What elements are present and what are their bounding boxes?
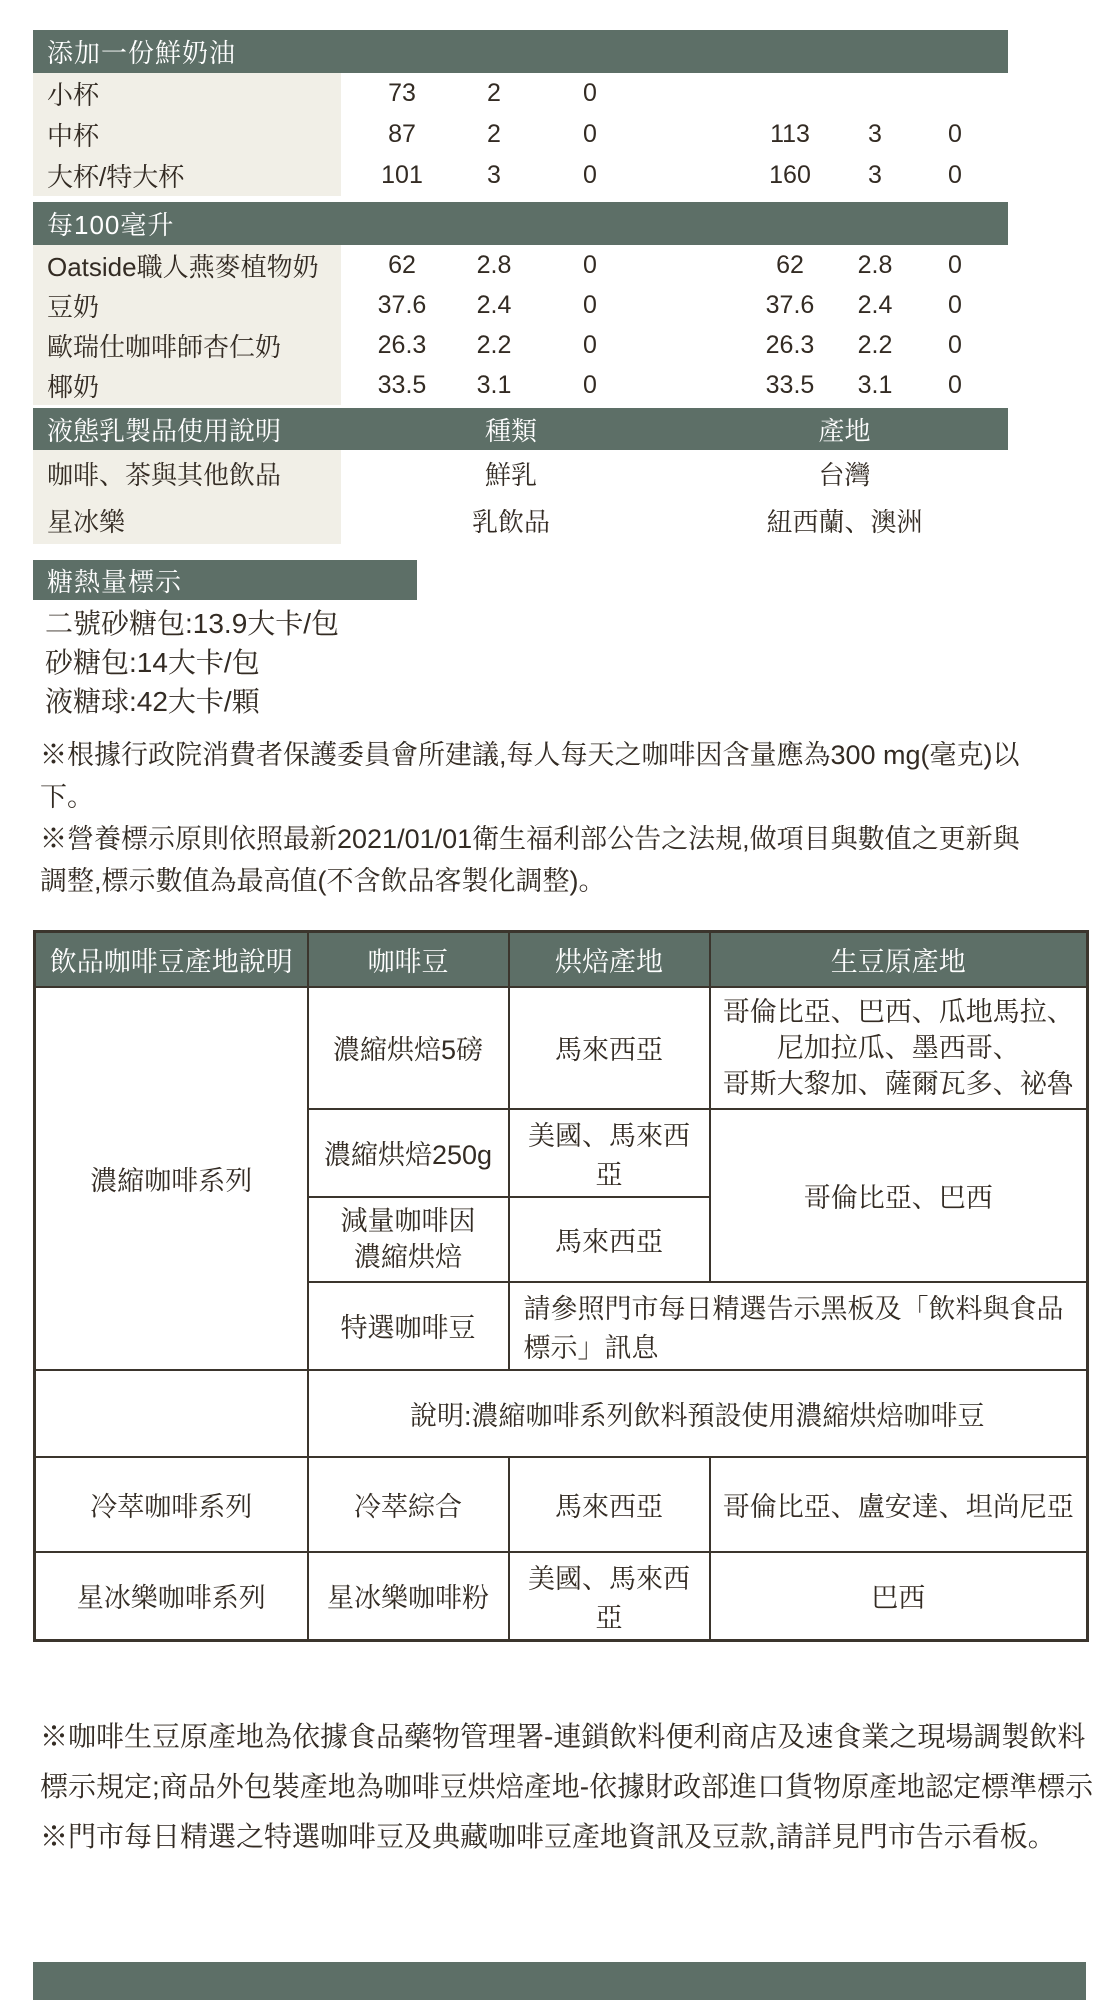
value-cell: 62 xyxy=(730,251,850,280)
bean-cell: 減量咖啡因 濃縮烘焙 xyxy=(308,1197,509,1282)
value-cell: 101 xyxy=(341,161,463,190)
value-cell: 0 xyxy=(900,161,1010,190)
value-cell: 0 xyxy=(900,291,1010,320)
coffee-bean-origin-table: 飲品咖啡豆產地說明 咖啡豆 烘焙產地 生豆原產地 濃縮咖啡系列 濃縮烘焙5磅 馬… xyxy=(33,930,1089,1642)
row-label: 星冰樂 xyxy=(33,497,341,544)
value-cell: 2 xyxy=(463,120,525,149)
section-title: 液態乳製品使用說明 xyxy=(33,411,341,448)
value-cell: 26.3 xyxy=(730,331,850,360)
table-row: 星冰樂 乳飲品 紐西蘭、澳洲 xyxy=(33,497,1008,544)
value-cell: 0 xyxy=(525,291,655,320)
value-cell: 26.3 xyxy=(341,331,463,360)
value-cell: 0 xyxy=(900,331,1010,360)
value-cell: 62 xyxy=(341,251,463,280)
bottom-section-bar xyxy=(33,1962,1086,2000)
roast-cell: 馬來西亞 xyxy=(509,1457,710,1552)
bean-cell: 濃縮烘焙5磅 xyxy=(308,987,509,1109)
value-cell: 87 xyxy=(341,120,463,149)
value-cell: 0 xyxy=(525,251,655,280)
row-label: 咖啡、茶與其他飲品 xyxy=(33,450,341,497)
empty-cell xyxy=(35,1370,308,1457)
header-green-origin: 生豆原產地 xyxy=(710,932,1088,987)
sugar-calorie-list: 二號砂糖包:13.9大卡/包 砂糖包:14大卡/包 液糖球:42大卡/顆 xyxy=(45,604,339,721)
caffeine-note: ※根據行政院消費者保護委員會所建議,每人每天之咖啡因含量應為300 mg(毫克)… xyxy=(40,734,1045,818)
value-cell: 0 xyxy=(900,251,1010,280)
bean-cell: 特選咖啡豆 xyxy=(308,1282,509,1370)
value-cell: 0 xyxy=(525,79,655,108)
value-cell: 37.6 xyxy=(341,291,463,320)
value-cell: 73 xyxy=(341,79,463,108)
section-header-sugar-calories: 糖熱量標示 xyxy=(33,560,417,600)
origin-cell: 紐西蘭、澳洲 xyxy=(681,502,1008,539)
bean-origin-note: ※咖啡生豆原產地為依據食品藥物管理署-連鎖飲料便利商店及速食業之現場調製飲料標示… xyxy=(40,1712,1105,1812)
roast-cell: 美國、馬來西亞 xyxy=(509,1109,710,1197)
bean-cell: 星冰樂咖啡粉 xyxy=(308,1552,509,1641)
section-header-per-100ml: 每100毫升 xyxy=(33,202,1008,245)
series-cell: 濃縮咖啡系列 xyxy=(35,987,308,1370)
value-cell: 2 xyxy=(463,79,525,108)
section-title: 糖熱量標示 xyxy=(33,562,182,599)
bean-cell: 冷萃綜合 xyxy=(308,1457,509,1552)
value-cell: 0 xyxy=(525,371,655,400)
origin-line: 哥斯大黎加、薩爾瓦多、祕魯 xyxy=(717,1066,1081,1102)
value-cell: 2.2 xyxy=(463,331,525,360)
per-100ml-table: Oatside職人燕麥植物奶 62 2.8 0 62 2.8 0 豆奶 37.6… xyxy=(33,245,1010,405)
bean-line: 減量咖啡因 xyxy=(315,1203,502,1239)
table-row: 咖啡、茶與其他飲品 鮮乳 台灣 xyxy=(33,450,1008,497)
table-row: 冷萃咖啡系列 冷萃綜合 馬來西亞 哥倫比亞、盧安達、坦尚尼亞 xyxy=(35,1457,1088,1552)
value-cell: 3 xyxy=(850,120,900,149)
value-cell: 33.5 xyxy=(341,371,463,400)
row-label: 椰奶 xyxy=(33,365,341,405)
table-header-row: 飲品咖啡豆產地說明 咖啡豆 烘焙產地 生豆原產地 xyxy=(35,932,1088,987)
row-label: 豆奶 xyxy=(33,285,341,325)
nutrition-note: ※營養標示原則依照最新2021/01/01衛生福利部公告之法規,做項目與數值之更… xyxy=(40,818,1045,902)
table-row: 大杯/特大杯 101 3 0 160 3 0 xyxy=(33,155,1010,196)
blackboard-note-cell: 請參照門市每日精選告示黑板及「飲料與食品標示」訊息 xyxy=(509,1282,1088,1370)
table-row: 星冰樂咖啡系列 星冰樂咖啡粉 美國、馬來西亞 巴西 xyxy=(35,1552,1088,1641)
row-label: Oatside職人燕麥植物奶 xyxy=(33,245,341,285)
row-label: 小杯 xyxy=(33,73,341,114)
value-cell: 160 xyxy=(730,161,850,190)
value-cell: 3 xyxy=(850,161,900,190)
whipped-cream-table: 小杯 73 2 0 中杯 87 2 0 113 3 0 大杯/特大杯 101 3… xyxy=(33,73,1010,196)
table-row: 歐瑞仕咖啡師杏仁奶 26.3 2.2 0 26.3 2.2 0 xyxy=(33,325,1010,365)
header-bean: 咖啡豆 xyxy=(308,932,509,987)
value-cell: 2.8 xyxy=(850,251,900,280)
section-header-dairy-usage: 液態乳製品使用說明 種類 產地 xyxy=(33,408,1008,450)
remark-cell: 說明:濃縮咖啡系列飲料預設使用濃縮烘焙咖啡豆 xyxy=(308,1370,1088,1457)
table-row: 小杯 73 2 0 xyxy=(33,73,1010,114)
value-cell: 2.4 xyxy=(850,291,900,320)
nutrition-info-page: 添加一份鮮奶油 小杯 73 2 0 中杯 87 2 0 113 3 0 大杯/特… xyxy=(0,0,1119,2000)
value-cell: 2.2 xyxy=(850,331,900,360)
origin-cell: 巴西 xyxy=(710,1552,1088,1641)
sugar-line: 砂糖包:14大卡/包 xyxy=(45,643,339,682)
value-cell: 0 xyxy=(525,120,655,149)
value-cell: 37.6 xyxy=(730,291,850,320)
row-label: 歐瑞仕咖啡師杏仁奶 xyxy=(33,325,341,365)
table-row: 豆奶 37.6 2.4 0 37.6 2.4 0 xyxy=(33,285,1010,325)
value-cell: 113 xyxy=(730,120,850,149)
origin-line: 哥倫比亞、巴西、瓜地馬拉、 xyxy=(717,994,1081,1030)
sugar-line: 液糖球:42大卡/顆 xyxy=(45,682,339,721)
origin-cell: 哥倫比亞、盧安達、坦尚尼亞 xyxy=(710,1457,1088,1552)
roast-cell: 美國、馬來西亞 xyxy=(509,1552,710,1641)
dairy-table: 咖啡、茶與其他飲品 鮮乳 台灣 星冰樂 乳飲品 紐西蘭、澳洲 xyxy=(33,450,1008,544)
value-cell: 0 xyxy=(900,371,1010,400)
store-board-note: ※門市每日精選之特選咖啡豆及典藏咖啡豆產地資訊及豆款,請詳見門市告示看板。 xyxy=(40,1812,1105,1862)
origin-cell: 台灣 xyxy=(681,455,1008,492)
footer-notes: ※咖啡生豆原產地為依據食品藥物管理署-連鎖飲料便利商店及速食業之現場調製飲料標示… xyxy=(40,1712,1105,1862)
header-roast-origin: 烘焙產地 xyxy=(509,932,710,987)
value-cell: 3.1 xyxy=(463,371,525,400)
table-row: Oatside職人燕麥植物奶 62 2.8 0 62 2.8 0 xyxy=(33,245,1010,285)
value-cell: 2.8 xyxy=(463,251,525,280)
column-header-origin: 產地 xyxy=(681,411,1008,448)
section-title: 添加一份鮮奶油 xyxy=(33,33,236,70)
origin-line: 尼加拉瓜、墨西哥、 xyxy=(717,1030,1081,1066)
bean-line: 濃縮烘焙 xyxy=(315,1239,502,1275)
bean-cell: 濃縮烘焙250g xyxy=(308,1109,509,1197)
table-row: 椰奶 33.5 3.1 0 33.5 3.1 0 xyxy=(33,365,1010,405)
table-row: 說明:濃縮咖啡系列飲料預設使用濃縮烘焙咖啡豆 xyxy=(35,1370,1088,1457)
regulation-notes: ※根據行政院消費者保護委員會所建議,每人每天之咖啡因含量應為300 mg(毫克)… xyxy=(40,734,1045,902)
series-cell: 冷萃咖啡系列 xyxy=(35,1457,308,1552)
row-label: 大杯/特大杯 xyxy=(33,155,341,196)
value-cell: 3.1 xyxy=(850,371,900,400)
origin-cell: 哥倫比亞、巴西 xyxy=(710,1109,1088,1282)
value-cell: 33.5 xyxy=(730,371,850,400)
type-cell: 乳飲品 xyxy=(341,502,681,539)
header-series: 飲品咖啡豆產地說明 xyxy=(35,932,308,987)
section-header-whipped-cream: 添加一份鮮奶油 xyxy=(33,30,1008,73)
column-header-type: 種類 xyxy=(341,411,681,448)
value-cell: 0 xyxy=(525,161,655,190)
origin-cell: 哥倫比亞、巴西、瓜地馬拉、 尼加拉瓜、墨西哥、 哥斯大黎加、薩爾瓦多、祕魯 xyxy=(710,987,1088,1109)
value-cell: 0 xyxy=(525,331,655,360)
type-cell: 鮮乳 xyxy=(341,455,681,492)
roast-cell: 馬來西亞 xyxy=(509,987,710,1109)
roast-cell: 馬來西亞 xyxy=(509,1197,710,1282)
value-cell: 2.4 xyxy=(463,291,525,320)
table-row: 中杯 87 2 0 113 3 0 xyxy=(33,114,1010,155)
table-row: 濃縮咖啡系列 濃縮烘焙5磅 馬來西亞 哥倫比亞、巴西、瓜地馬拉、 尼加拉瓜、墨西… xyxy=(35,987,1088,1109)
row-label: 中杯 xyxy=(33,114,341,155)
series-cell: 星冰樂咖啡系列 xyxy=(35,1552,308,1641)
section-title: 每100毫升 xyxy=(33,205,174,242)
value-cell: 0 xyxy=(900,120,1010,149)
value-cell: 3 xyxy=(463,161,525,190)
sugar-line: 二號砂糖包:13.9大卡/包 xyxy=(45,604,339,643)
